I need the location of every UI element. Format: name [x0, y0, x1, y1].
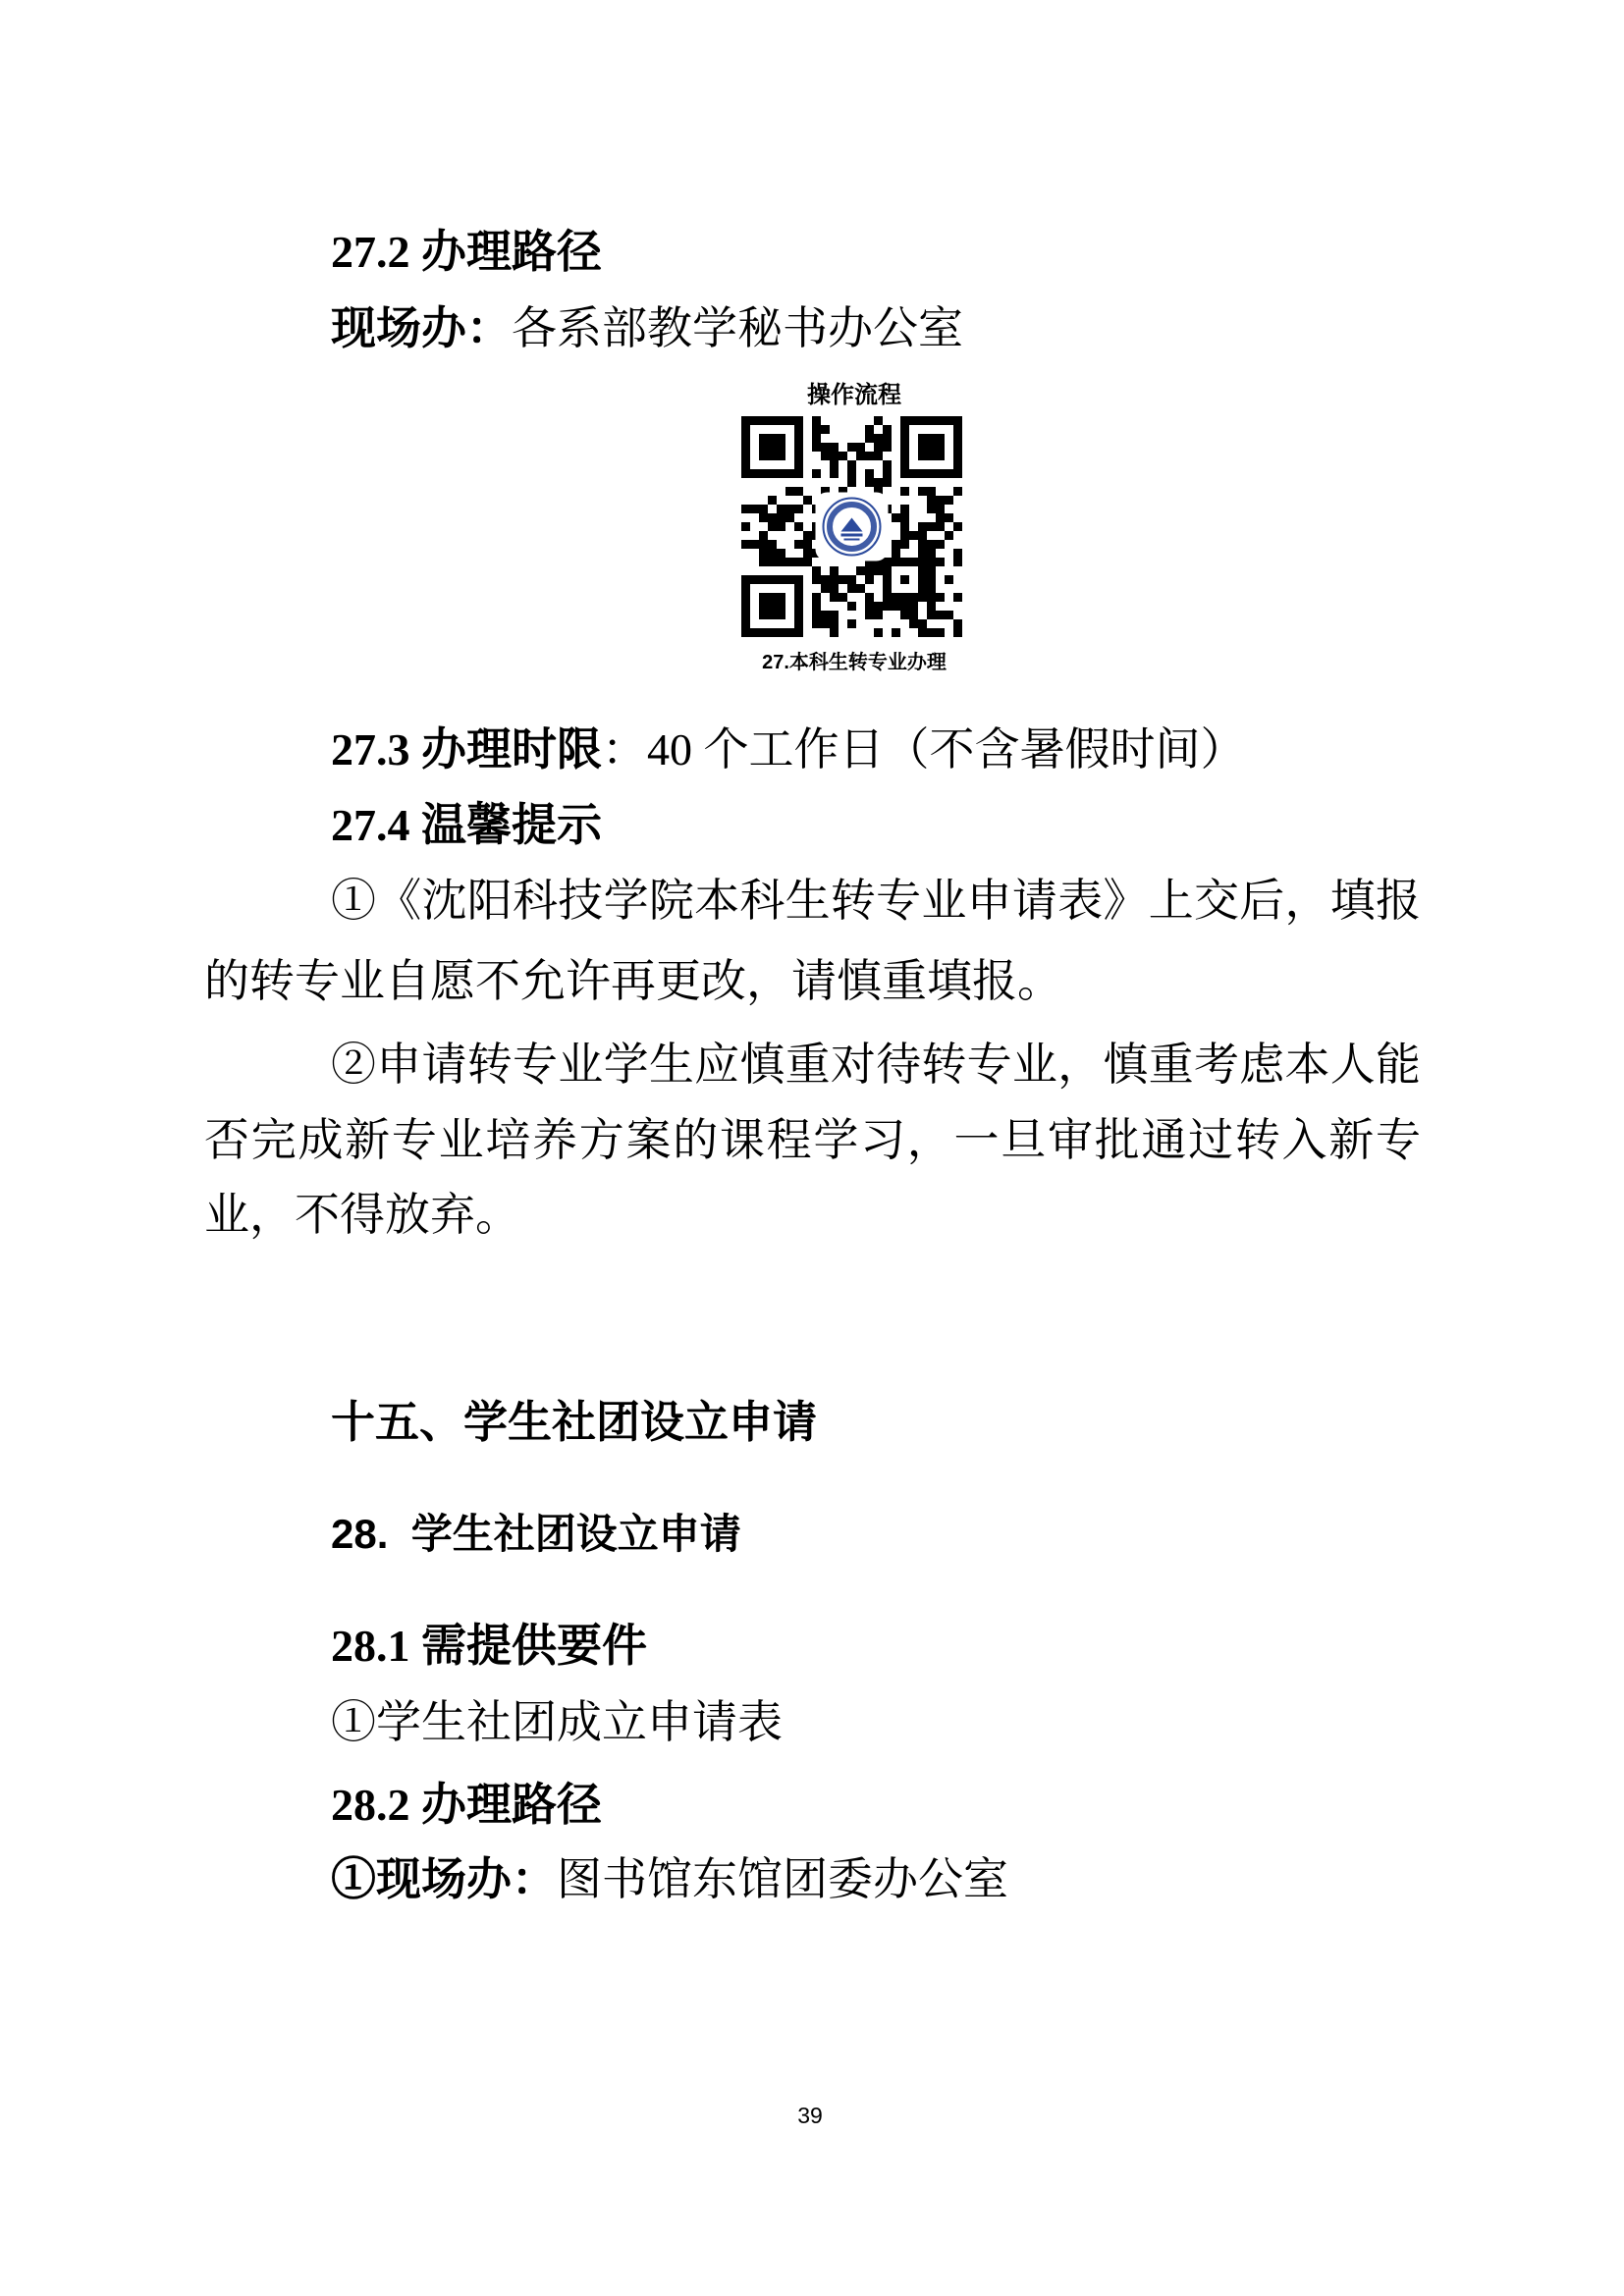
time-limit-value: ：40 个工作日（不含暑假时间） — [602, 724, 1246, 774]
page-number: 39 — [746, 2103, 874, 2129]
tip2-line2: 否完成新专业培养方案的课程学习，一旦审批通过转入新专 — [204, 1112, 1421, 1169]
onsite-label: 现场办： — [331, 303, 512, 353]
heading-27-2: 27.2 办理路径 — [331, 224, 602, 281]
qr-code — [741, 416, 962, 637]
onsite-value: 各系部教学秘书办公室 — [512, 303, 963, 353]
heading-27-3: 27.3 办理时限：40 个工作日（不含暑假时间） — [331, 721, 1246, 778]
onsite-line-27: 现场办：各系部教学秘书办公室 — [331, 300, 963, 357]
tip2-line1: ②申请转专业学生应慎重对待转专业，慎重考虑本人能 — [331, 1037, 1421, 1094]
onsite-line-28: ①现场办：图书馆东馆团委办公室 — [331, 1851, 1008, 1908]
chapter-heading-15: 十五、学生社团设立申请 — [331, 1386, 817, 1450]
onsite-label-28: ①现场办： — [331, 1854, 557, 1904]
document-page: 27.2 办理路径 现场办：各系部教学秘书办公室 操作流程 27.本科生转专业办… — [0, 0, 1624, 2296]
requirement-1: ①学生社团成立申请表 — [331, 1694, 783, 1751]
qr-title: 操作流程 — [687, 375, 1021, 409]
onsite-value-28: 图书馆东馆团委办公室 — [557, 1854, 1008, 1904]
tip1-line1: ①《沈阳科技学院本科生转专业申请表》上交后，填报 — [331, 873, 1421, 930]
heading-27-4: 27.4 温馨提示 — [331, 797, 602, 854]
heading-28-1: 28.1 需提供要件 — [331, 1618, 647, 1675]
heading-28-2: 28.2 办理路径 — [331, 1777, 602, 1834]
tip2-line3: 业，不得放弃。 — [204, 1187, 520, 1244]
qr-caption: 27.本科生转专业办理 — [687, 646, 1021, 674]
heading-28: 28. 学生社团设立申请 — [331, 1502, 741, 1561]
tip1-line2: 的转专业自愿不允许再更改，请慎重填报。 — [204, 953, 1062, 1010]
time-limit-label: 27.3 办理时限 — [331, 724, 602, 774]
